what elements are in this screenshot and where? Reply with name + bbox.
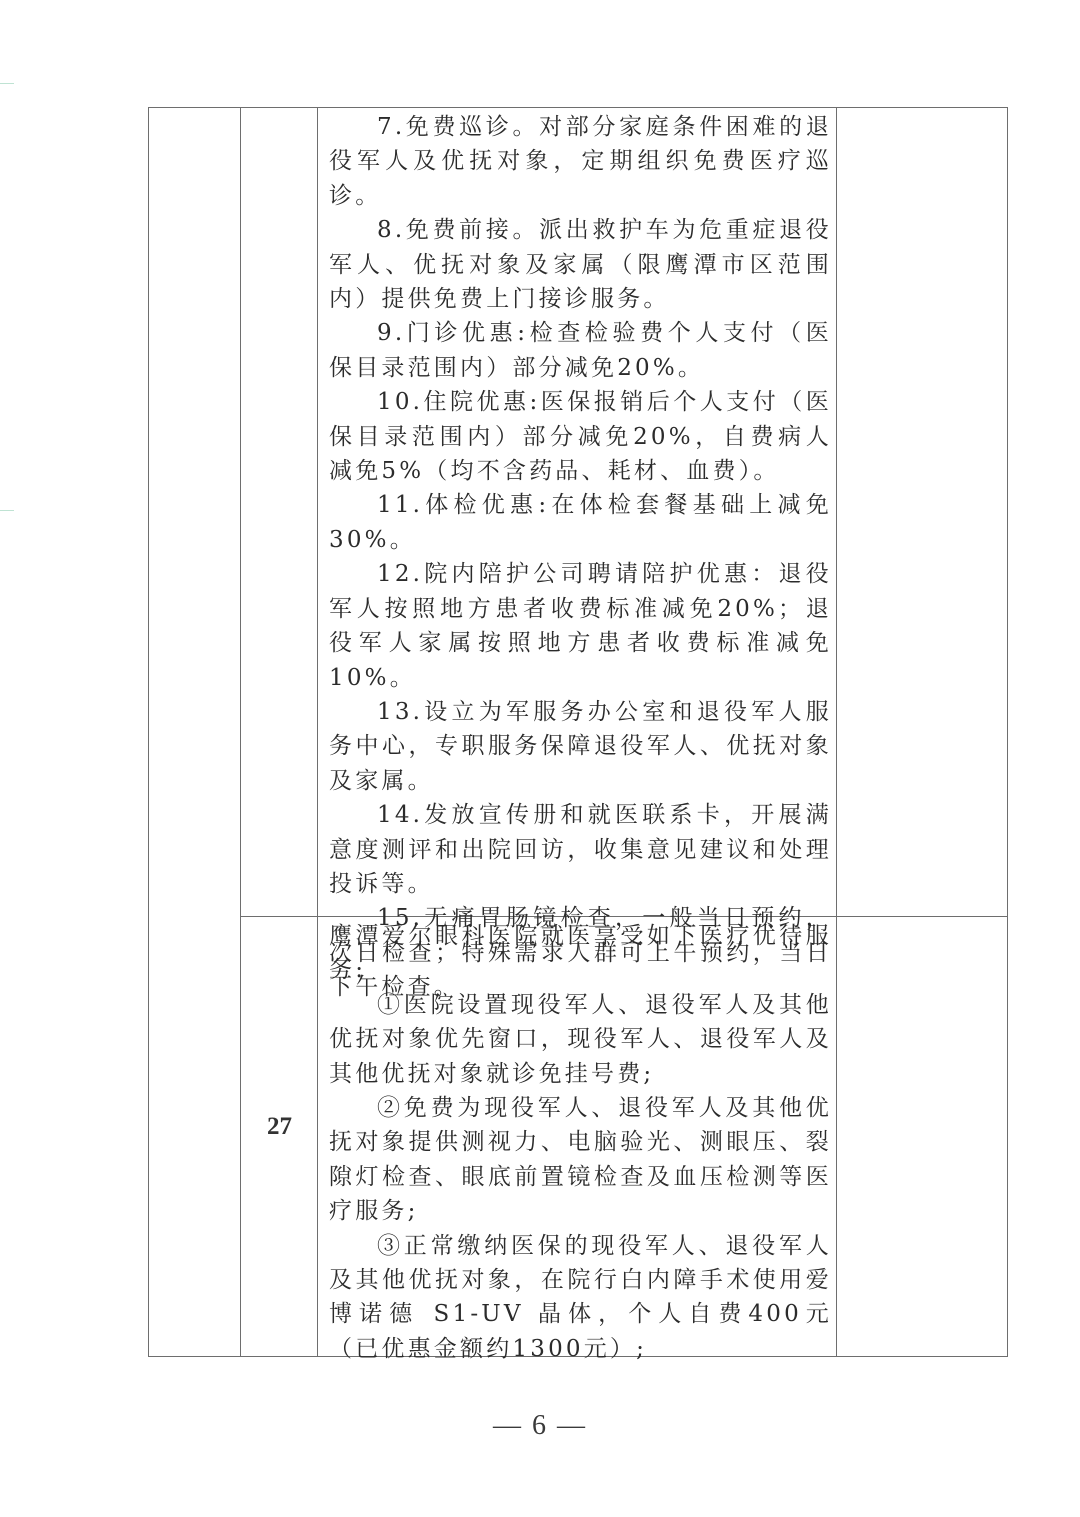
table-row-continued-content: 7.免费巡诊。对部分家庭条件困难的退役军人及优抚对象，定期组织免费医疗巡诊。 8… — [319, 110, 836, 1005]
list-item: 13.设立为军服务办公室和退役军人服务中心，专职服务保障退役军人、优抚对象及家属… — [329, 695, 832, 798]
column-divider — [317, 108, 318, 1356]
list-item: ③正常缴纳医保的现役军人、退役军人及其他优抚对象，在院行白内障手术使用爱博诺德 … — [329, 1229, 832, 1367]
row-intro: 鹰潭爱尔眼科医院就医享受如下医疗优待服务: — [329, 919, 832, 988]
list-item: 9.门诊优惠:检查检验费个人支付（医保目录范围内）部分减免20%。 — [329, 316, 832, 385]
list-item: ②免费为现役军人、退役军人及其他优抚对象提供测视力、电脑验光、测眼压、裂隙灯检查… — [329, 1091, 832, 1229]
row-number: 27 — [241, 1113, 318, 1141]
list-item: 10.住院优惠:医保报销后个人支付（医保目录范围内）部分减免20%，自费病人减免… — [329, 385, 832, 488]
scan-mark — [0, 83, 14, 84]
list-item: 12.院内陪护公司聘请陪护优惠：退役军人按照地方患者收费标准减免20%；退役军人… — [329, 557, 832, 695]
page-number: — 6 — — [0, 1410, 1080, 1442]
column-divider — [240, 108, 241, 1356]
list-item: ①医院设置现役军人、退役军人及其他优抚对象优先窗口，现役军人、退役军人及其他优抚… — [329, 988, 832, 1091]
list-item: 11.体检优惠:在体检套餐基础上减免30%。 — [329, 488, 832, 557]
list-item: 7.免费巡诊。对部分家庭条件困难的退役军人及优抚对象，定期组织免费医疗巡诊。 — [329, 110, 832, 213]
table-row-27-content: 鹰潭爱尔眼科医院就医享受如下医疗优待服务: ①医院设置现役军人、退役军人及其他优… — [319, 919, 836, 1366]
scan-mark — [0, 510, 14, 511]
list-item: 8.免费前接。派出救护车为危重症退役军人、优抚对象及家属（限鹰潭市区范围内）提供… — [329, 213, 832, 316]
column-divider — [836, 108, 837, 1356]
list-item: 14.发放宣传册和就医联系卡，开展满意度测评和出院回访，收集意见建议和处理投诉等… — [329, 798, 832, 901]
services-table: 7.免费巡诊。对部分家庭条件困难的退役军人及优抚对象，定期组织免费医疗巡诊。 8… — [148, 107, 1008, 1357]
